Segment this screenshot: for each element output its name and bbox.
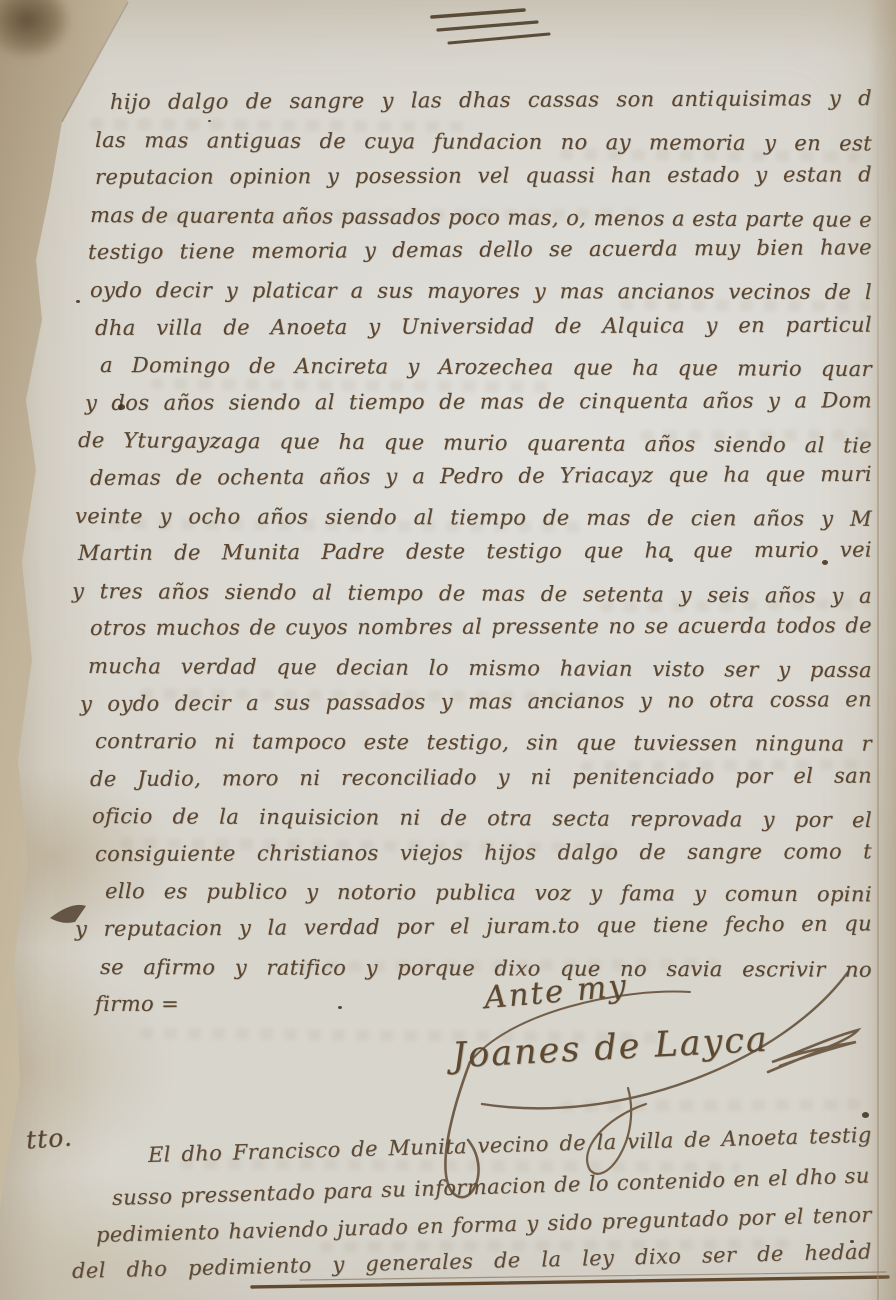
manuscript-scan: hijo dalgo de sangre y las dhas cassas s… bbox=[0, 0, 896, 1300]
manuscript-line: y reputacion y la verdad por el juram.to… bbox=[75, 905, 872, 948]
page-right-edge bbox=[866, 0, 896, 1300]
manuscript-line: y oydo decir a sus passados y mas ancian… bbox=[80, 681, 872, 723]
ink-bleedthrough bbox=[560, 1099, 860, 1112]
page-edge-line bbox=[877, 80, 879, 1300]
manuscript-line: y dos años siendo al tiempo de mas de ci… bbox=[85, 382, 872, 422]
manuscript-line: consiguiente christianos viejos hijos da… bbox=[95, 833, 872, 873]
manuscript-page: hijo dalgo de sangre y las dhas cassas s… bbox=[0, 0, 896, 1300]
signature-name: Joanes de Layca bbox=[451, 1020, 770, 1077]
main-text-block: hijo dalgo de sangre y las dhas cassas s… bbox=[0, 84, 896, 1024]
manuscript-line: dha villa de Anoeta y Universidad de Alq… bbox=[95, 306, 872, 347]
ink-speck bbox=[118, 404, 125, 410]
manuscript-line: otros muchos de cuyos nombres al pressen… bbox=[90, 608, 872, 648]
manuscript-line: demas de ochenta años y a Pedro de Yriac… bbox=[90, 456, 872, 498]
manuscript-line: reputacion opinion y posession vel quass… bbox=[95, 156, 872, 196]
manuscript-line: de Judio, moro ni reconciliado y ni peni… bbox=[90, 757, 872, 798]
ink-speck bbox=[668, 558, 673, 562]
manuscript-line: testigo tiene memoria y demas dello se a… bbox=[88, 230, 872, 272]
manuscript-line: hijo dalgo de sangre y las dhas cassas s… bbox=[110, 80, 872, 122]
margin-note: tto. bbox=[25, 1122, 74, 1154]
binding-shadow bbox=[0, 0, 72, 60]
manuscript-line: Martin de Munita Padre deste testigo que… bbox=[78, 532, 872, 573]
manuscript-line: oydo decir y platicar a sus mayores y ma… bbox=[90, 272, 872, 312]
ink-speck bbox=[822, 560, 828, 565]
